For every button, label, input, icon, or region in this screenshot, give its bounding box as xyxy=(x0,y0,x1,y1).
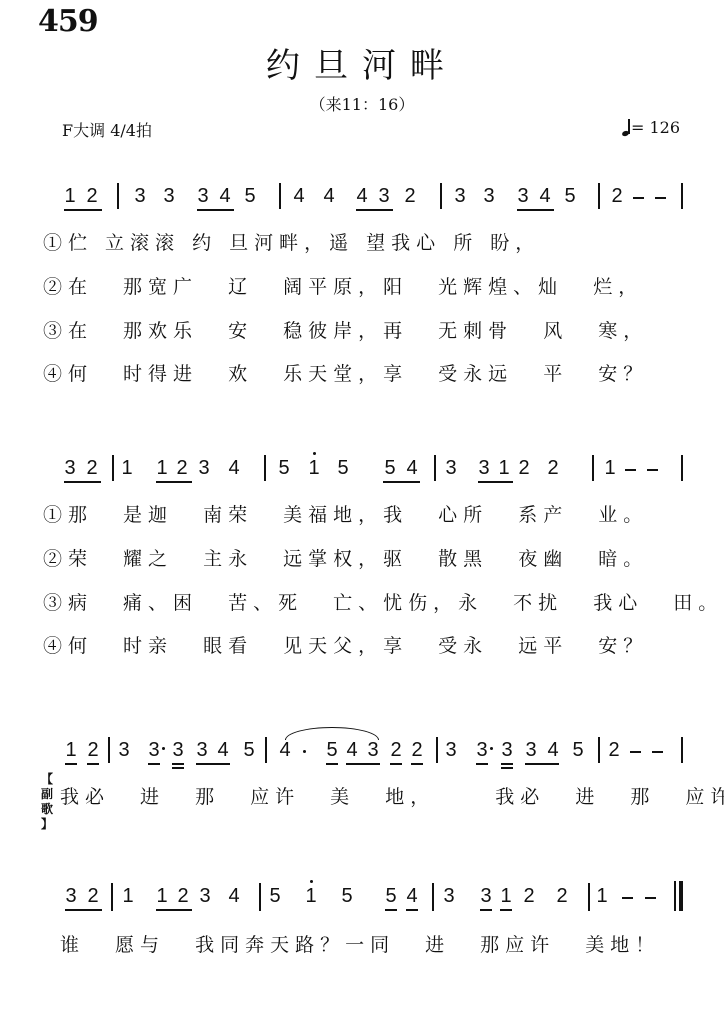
system-2-lyric-verse-2: ②荣 耀之 主永 远掌权，驱 散黑 夜幽 暗。 xyxy=(43,548,648,570)
hymn-title: 约旦河畔 xyxy=(0,38,724,87)
system-1-lyric-verse-3: ③在 那欢乐 安 稳彼岸，再 无刺骨 风 寒， xyxy=(43,320,648,342)
tempo-value: = 126 xyxy=(631,118,680,137)
system-2-lyric-verse-4: ④何 时亲 眼看 见天父，享 受永 远平 安？ xyxy=(43,635,648,657)
chorus-label: 【 副 歌 】 xyxy=(39,772,55,832)
chorus-lyric-line-1: 我必 进 那 应许 美 地， 我必 进 那 应许 美 地； xyxy=(60,786,724,808)
system-1-lyric-verse-2: ②在 那宽广 辽 阔平原，阳 光辉煌、灿 烂， xyxy=(43,276,643,298)
quarter-note-icon xyxy=(622,119,631,137)
system-2-lyric-verse-1: ①那 是迦 南荣 美福地，我 心所 系产 业。 xyxy=(43,504,648,526)
hymn-number: 459 xyxy=(38,4,98,39)
tempo-marking: = 126 xyxy=(622,118,680,137)
system-4-lyric-line: 谁 愿与 我同奔天路？一同 进 那应许 美地！ xyxy=(60,934,660,956)
system-2-lyric-verse-3: ③病 痛、困 苦、死 亡、忧伤，永 不扰 我心 田。 xyxy=(43,592,723,614)
system-1-lyric-verse-1: ①伫 立滚滚 约 旦河畔，遥 望我心 所 盼， xyxy=(43,232,540,254)
scripture-reference: （来11：16） xyxy=(0,92,724,115)
key-and-meter: F大调 4/4拍 xyxy=(62,118,152,141)
system-1-lyric-verse-4: ④何 时得进 欢 乐天堂，享 受永远 平 安？ xyxy=(43,363,648,385)
